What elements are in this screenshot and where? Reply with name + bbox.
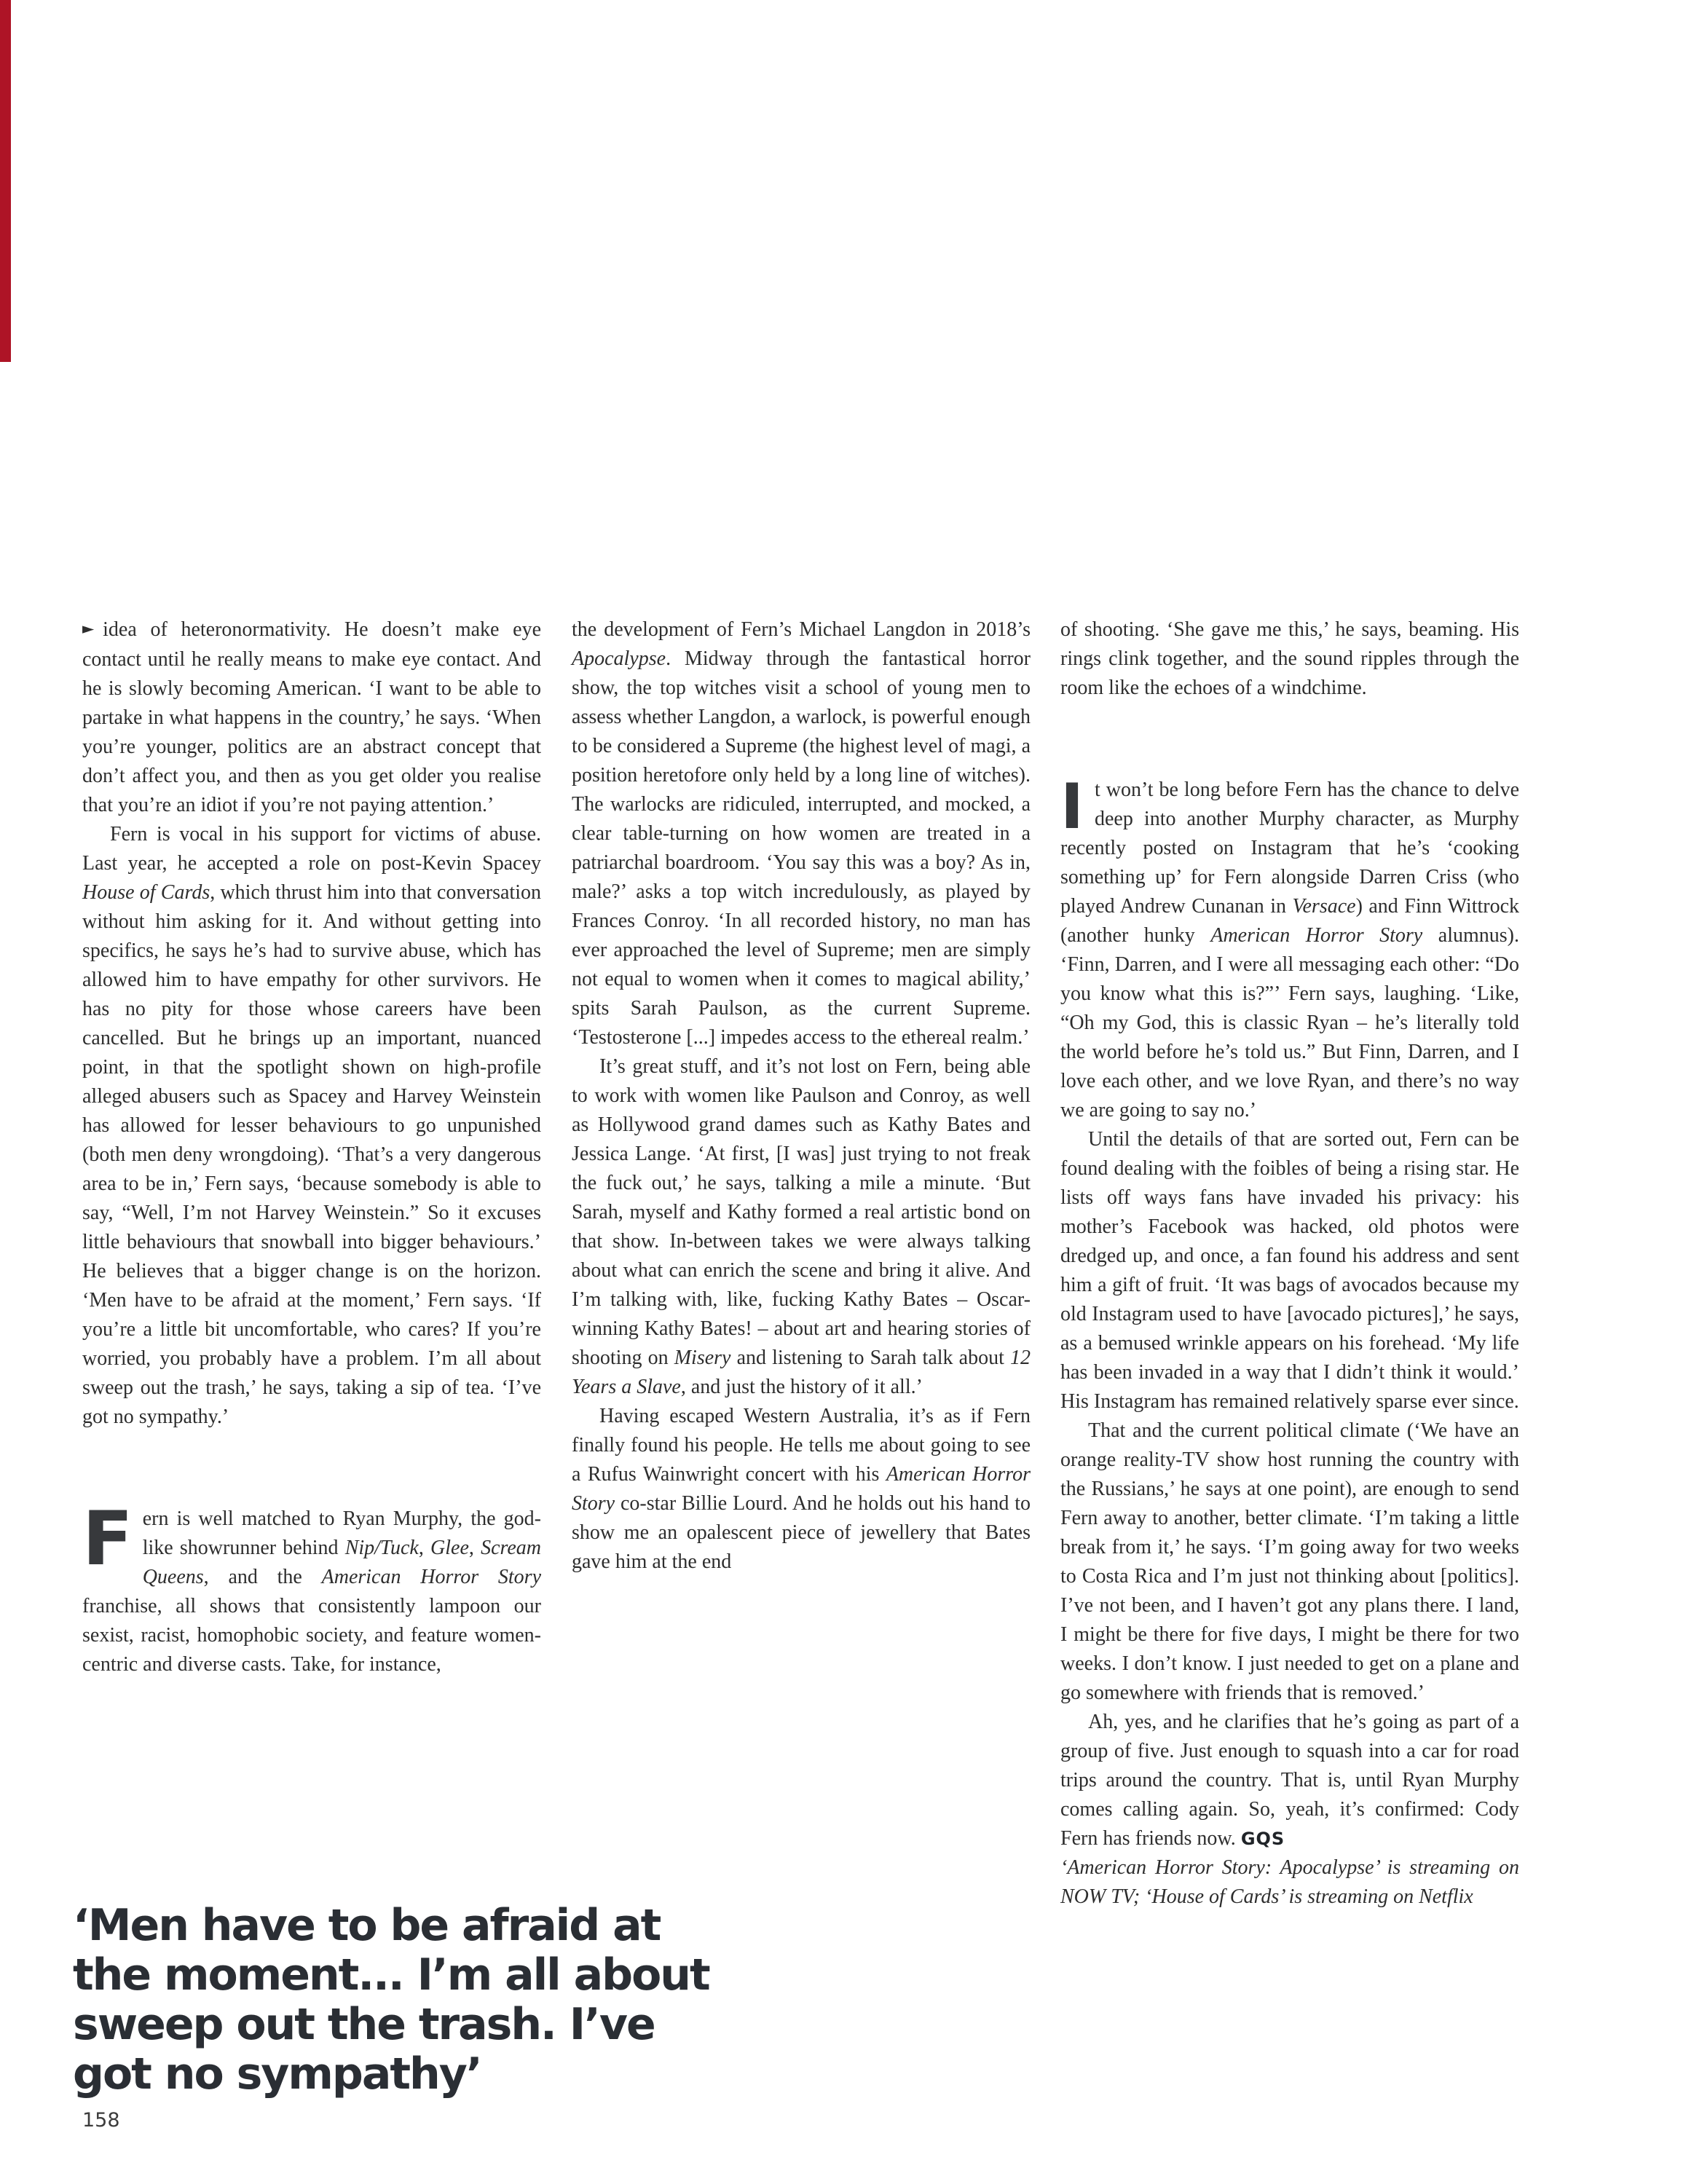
article-column-3: of shooting. ‘She gave me this,’ he says… (1060, 615, 1519, 1912)
gq-end-slug: GQS (1241, 1829, 1285, 1849)
body-paragraph: Having escaped Western Australia, it’s a… (572, 1402, 1031, 1577)
pull-quote-line: ‘Men have to be afraid at (73, 1901, 859, 1950)
body-paragraph: Fern is well matched to Ryan Murphy, the… (82, 1505, 541, 1679)
paragraph-text: Ah, yes, and he clarifies that he’s goin… (1060, 1711, 1519, 1850)
article-column-2: the development of Fern’s Michael Langdo… (572, 615, 1031, 1577)
body-paragraph: Fern is vocal in his support for victims… (82, 820, 541, 1432)
page-edge-accent-stripe (0, 0, 11, 362)
paragraph-text: idea of heteronormativity. He doesn’t ma… (82, 618, 541, 816)
body-paragraph: That and the current political climate (… (1060, 1416, 1519, 1708)
article-column-1: ►idea of heteronormativity. He doesn’t m… (82, 615, 541, 1679)
pull-quote-line: the moment... I’m all about (73, 1950, 859, 2000)
paragraph-text: t won’t be long before Fern has the chan… (1060, 778, 1519, 1121)
continuation-arrow-icon: ► (82, 620, 94, 637)
body-paragraph: the development of Fern’s Michael Langdo… (572, 615, 1031, 1052)
body-paragraph: ►idea of heteronormativity. He doesn’t m… (82, 615, 541, 820)
paragraph-text: ern is well matched to Ryan Murphy, the … (82, 1507, 541, 1676)
body-paragraph: It won’t be long before Fern has the cha… (1060, 776, 1519, 1125)
pull-quote-line: sweep out the trash. I’ve (73, 2000, 859, 2049)
body-paragraph: Until the details of that are sorted out… (1060, 1125, 1519, 1416)
pull-quote: ‘Men have to be afraid at the moment... … (73, 1901, 859, 2099)
body-paragraph: Ah, yes, and he clarifies that he’s goin… (1060, 1708, 1519, 1853)
pull-quote-line: got no sympathy’ (73, 2049, 859, 2099)
body-paragraph: of shooting. ‘She gave me this,’ he says… (1060, 615, 1519, 703)
streaming-credits: ‘American Horror Story: Apocalypse’ is s… (1060, 1853, 1519, 1912)
drop-cap: I (1060, 781, 1084, 832)
page-number: 158 (82, 2109, 120, 2132)
body-paragraph: It’s great stuff, and it’s not lost on F… (572, 1052, 1031, 1402)
drop-cap: F (82, 1510, 133, 1569)
